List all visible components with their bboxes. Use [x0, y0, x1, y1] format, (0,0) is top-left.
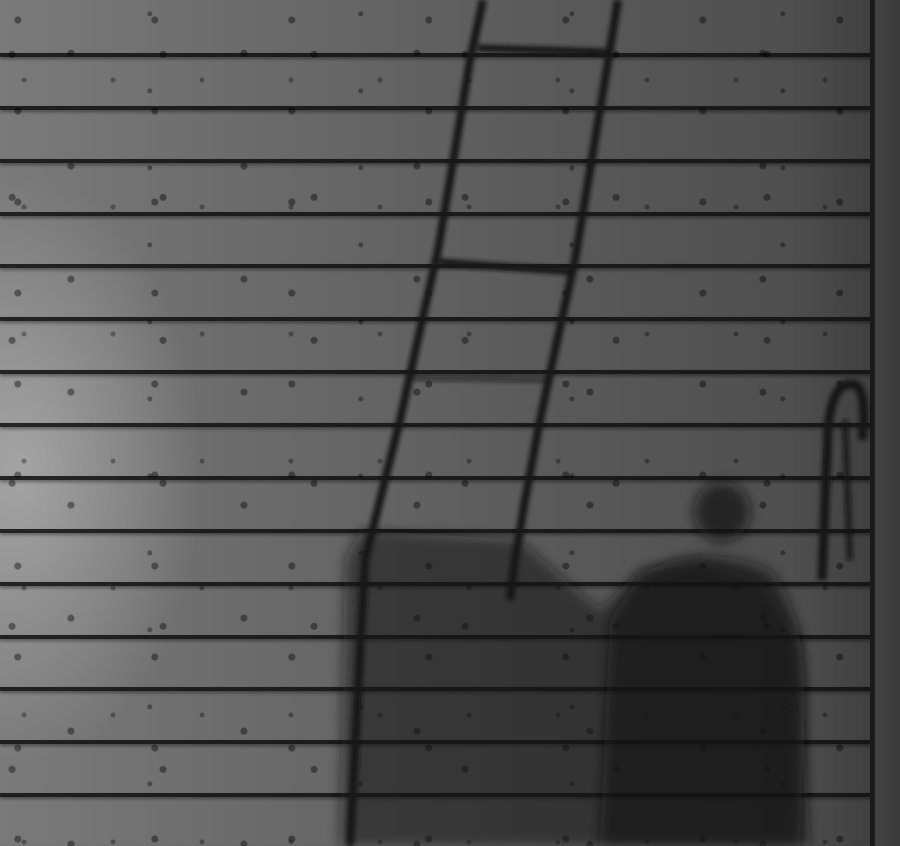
- shadow-layer: [0, 0, 900, 846]
- hooked-pole-shadow: [822, 384, 864, 580]
- person-shadow: [600, 482, 805, 846]
- photograph: [0, 0, 900, 846]
